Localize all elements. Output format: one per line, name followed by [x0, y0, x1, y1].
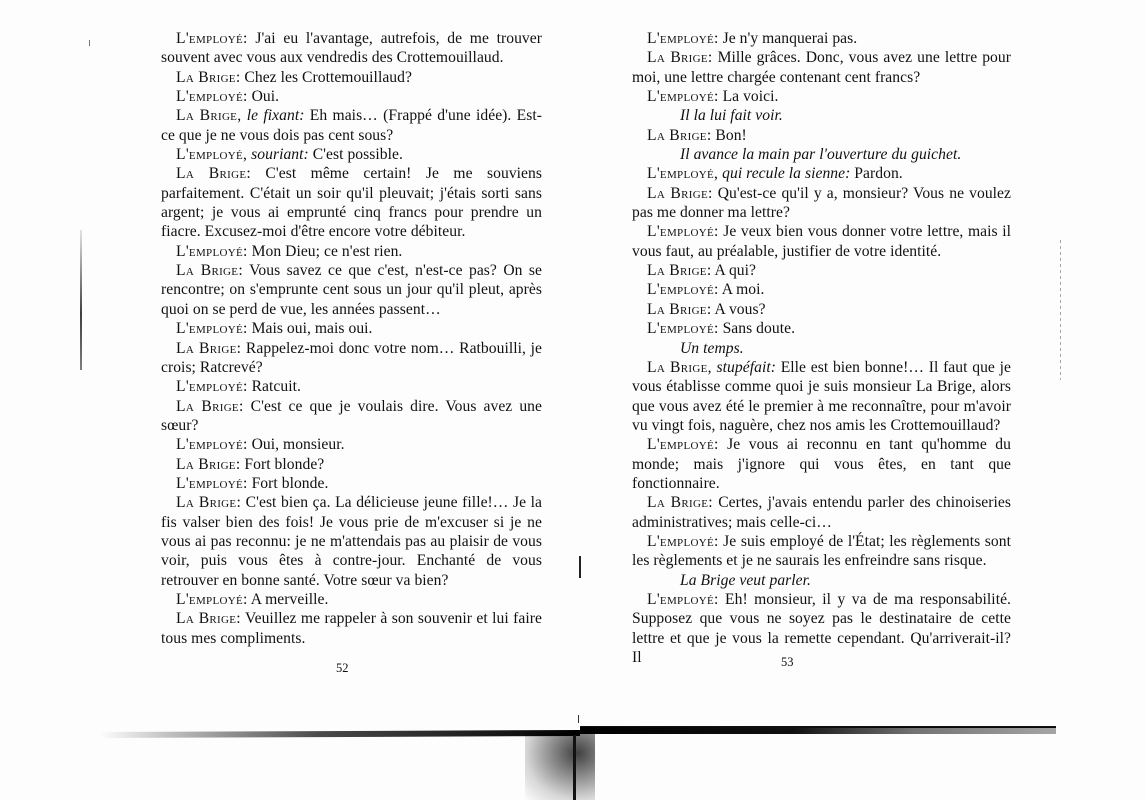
dialogue-line: L'employé, qui recule la sienne: Pardon.: [632, 164, 1011, 183]
speaker-name: La Brige:: [647, 301, 711, 318]
speaker-name: L'employé:: [647, 88, 719, 105]
dialogue-line: La Brige: Chez les Crottemouillaud?: [161, 68, 542, 87]
dialogue-line: L'employé, souriant: C'est possible.: [161, 145, 542, 164]
dialogue-line: L'employé: Oui.: [161, 87, 542, 106]
scan-shadow-right: [580, 727, 1056, 734]
dialogue-line: L'employé: Je suis employé de l'État; le…: [632, 532, 1011, 571]
speaker-direction: qui recule la sienne:: [718, 165, 850, 182]
speaker-name: L'employé:: [647, 591, 719, 608]
dialogue-line: L'employé: Mais oui, mais oui.: [161, 319, 542, 338]
dialogue-text: Sans doute.: [719, 320, 795, 337]
dialogue-line: L'employé: Fort blonde.: [161, 474, 542, 493]
speaker-name: L'employé:: [647, 281, 719, 298]
speaker-name: L'employé:: [647, 30, 719, 47]
dialogue-line: L'employé: A merveille.: [161, 590, 542, 609]
dialogue-line: L'employé: A moi.: [632, 280, 1011, 299]
speaker-name: La Brige:: [176, 398, 244, 415]
dialogue-text: Fort blonde?: [240, 456, 324, 473]
speaker-direction: souriant:: [247, 146, 309, 163]
dialogue-line: La Brige: A vous?: [632, 300, 1011, 319]
speaker-name: La Brige:: [176, 494, 241, 511]
dialogue-line: La Brige: Veuillez me rappeler à son sou…: [161, 609, 542, 648]
dialogue-line: L'employé: Ratcuit.: [161, 377, 542, 396]
speaker-name: La Brige:: [176, 610, 241, 627]
dialogue-text: Je n'y manquerai pas.: [719, 30, 858, 47]
speaker-name: L'employé:: [647, 436, 719, 453]
speaker-name: L'employé:: [176, 591, 248, 608]
dialogue-text: A qui?: [711, 262, 756, 279]
margin-mark-right: [1060, 240, 1061, 380]
dialogue-text: A moi.: [719, 281, 765, 298]
dialogue-line: La Brige: C'est même certain! Je me souv…: [161, 164, 542, 241]
speaker-name: L'employé:: [647, 533, 719, 550]
dialogue-text: Mon Dieu; ce n'est rien.: [248, 243, 403, 260]
left-page: L'employé: J'ai eu l'avantage, autrefois…: [161, 29, 542, 648]
dialogue-line: La Brige: Qu'est-ce qu'il y a, monsieur?…: [632, 184, 1011, 223]
gutter-tick: [578, 715, 579, 723]
dialogue-text: Chez les Crottemouillaud?: [240, 69, 412, 86]
speaker-name: L'employé,: [647, 165, 718, 182]
dialogue-line: La Brige, stupéfait: Elle est bien bonne…: [632, 358, 1011, 435]
speaker-name: La Brige:: [176, 262, 243, 279]
speaker-name: La Brige:: [647, 494, 713, 511]
dialogue-line: La Brige: Bon!: [632, 126, 1011, 145]
speaker-name: La Brige:: [647, 262, 711, 279]
margin-mark-left: [80, 230, 82, 370]
corner-speck: [89, 40, 90, 46]
dialogue-text: Oui, monsieur.: [248, 436, 345, 453]
dialogue-text: Oui.: [248, 88, 279, 105]
dialogue-line: La Brige: Rappelez-moi donc votre nom… R…: [161, 339, 542, 378]
stage-direction: Un temps.: [632, 339, 1011, 358]
dialogue-text: A vous?: [711, 301, 765, 318]
dialogue-line: L'employé: Mon Dieu; ce n'est rien.: [161, 242, 542, 261]
dialogue-text: Fort blonde.: [248, 475, 329, 492]
speaker-name: L'employé:: [176, 30, 248, 47]
speaker-direction: stupéfait:: [712, 359, 776, 376]
speaker-name: La Brige,: [176, 107, 241, 124]
speaker-name: L'employé:: [176, 378, 248, 395]
dialogue-line: La Brige: C'est bien ça. La délicieuse j…: [161, 493, 542, 590]
dialogue-text: Mais oui, mais oui.: [248, 320, 373, 337]
dialogue-line: La Brige: A qui?: [632, 261, 1011, 280]
speaker-name: L'employé:: [176, 243, 248, 260]
book-spine-edge: [573, 735, 576, 800]
dialogue-text: Pardon.: [850, 165, 902, 182]
dialogue-line: L'employé: Oui, monsieur.: [161, 435, 542, 454]
dialogue-line: L'employé: Sans doute.: [632, 319, 1011, 338]
speaker-name: La Brige:: [176, 69, 240, 86]
dialogue-line: L'employé: Je veux bien vous donner votr…: [632, 222, 1011, 261]
gutter-mark: [579, 556, 581, 578]
dialogue-line: La Brige: Certes, j'avais entendu parler…: [632, 493, 1011, 532]
dialogue-line: La Brige: Mille grâces. Donc, vous avez …: [632, 48, 1011, 87]
dialogue-line: L'employé: Eh! monsieur, il y va de ma r…: [632, 590, 1011, 667]
speaker-name: L'employé:: [647, 320, 719, 337]
speaker-name: La Brige:: [176, 456, 240, 473]
dialogue-text: C'est possible.: [309, 146, 403, 163]
dialogue-line: La Brige: Vous savez ce que c'est, n'est…: [161, 261, 542, 319]
book-spine-shadow: [525, 733, 595, 800]
stage-direction: La Brige veut parler.: [632, 571, 1011, 590]
speaker-name: L'employé:: [176, 475, 248, 492]
speaker-name: L'employé:: [176, 88, 248, 105]
speaker-name: La Brige:: [647, 185, 713, 202]
stage-direction: Il la lui fait voir.: [632, 106, 1011, 125]
dialogue-line: L'employé: J'ai eu l'avantage, autrefois…: [161, 29, 542, 68]
speaker-name: L'employé:: [176, 320, 248, 337]
dialogue-line: La Brige, le fixant: Eh mais… (Frappé d'…: [161, 106, 542, 145]
right-page: L'employé: Je n'y manquerai pas.La Brige…: [632, 29, 1011, 667]
dialogue-line: L'employé: Je vous ai reconnu en tant qu…: [632, 435, 1011, 493]
dialogue-line: La Brige: C'est ce que je voulais dire. …: [161, 397, 542, 436]
dialogue-text: Bon!: [711, 127, 746, 144]
speaker-name: L'employé,: [176, 146, 247, 163]
dialogue-text: A merveille.: [248, 591, 329, 608]
dialogue-text: La voici.: [719, 88, 779, 105]
page-number-left: 52: [336, 661, 349, 676]
speaker-name: La Brige:: [647, 49, 713, 66]
dialogue-line: L'employé: Je n'y manquerai pas.: [632, 29, 1011, 48]
speaker-name: L'employé:: [176, 436, 248, 453]
speaker-name: La Brige:: [176, 340, 241, 357]
scan-shadow-left: [100, 730, 580, 738]
speaker-name: L'employé:: [647, 223, 719, 240]
speaker-name: La Brige,: [647, 359, 712, 376]
speaker-direction: le fixant:: [241, 107, 304, 124]
dialogue-line: L'employé: La voici.: [632, 87, 1011, 106]
stage-direction: Il avance la main par l'ouverture du gui…: [632, 145, 1011, 164]
speaker-name: La Brige:: [647, 127, 711, 144]
dialogue-text: Ratcuit.: [248, 378, 301, 395]
dialogue-line: La Brige: Fort blonde?: [161, 455, 542, 474]
speaker-name: La Brige:: [176, 165, 251, 182]
page-number-right: 53: [781, 655, 794, 670]
